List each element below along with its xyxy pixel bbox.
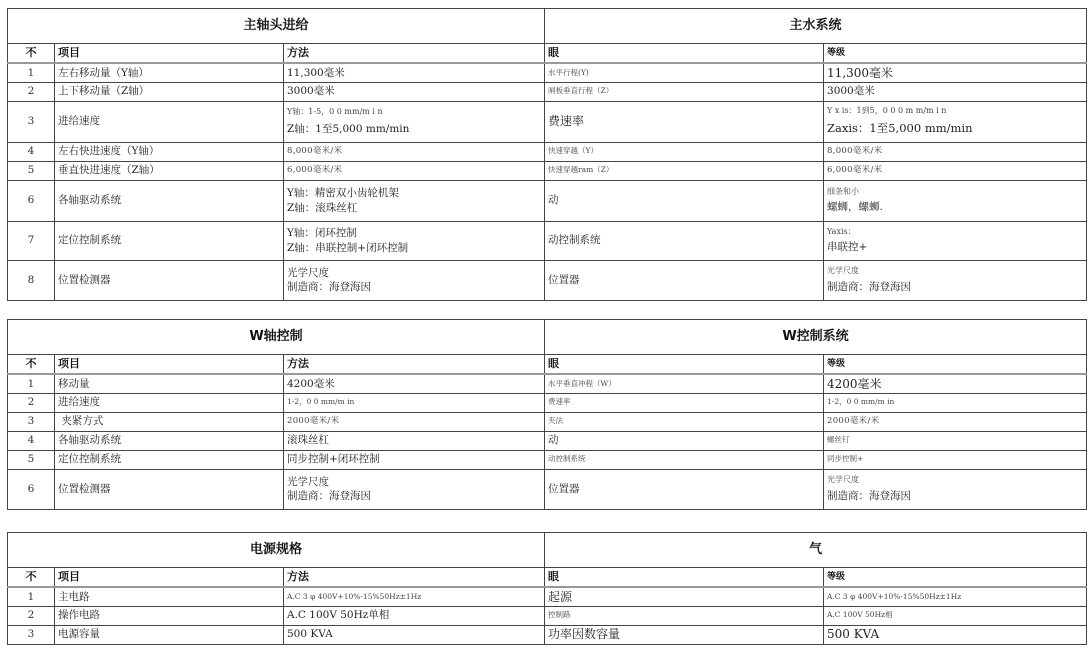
header-method: 方法: [284, 568, 545, 588]
table-row: 2 进给速度 1-2，0 0 mm/m in 费速率 1-2，0 0 mm/m …: [8, 393, 1087, 412]
row-method: 光学尺度 制造商：海登海因: [284, 469, 545, 509]
table-row: 2 操作电路 A.C 100V 50Hz单相 控制路 A.C 100V 50Hz…: [8, 606, 1087, 625]
row-no: 2: [8, 82, 55, 101]
row-no: 5: [8, 450, 55, 469]
grade-line: 光学尺度: [827, 475, 1083, 486]
row-right-grade: 8,000毫米/米: [824, 142, 1087, 161]
row-item: 进给速度: [55, 393, 284, 412]
grade-line: 光学尺度: [827, 266, 1083, 277]
header-method: 方法: [284, 355, 545, 375]
row-method: A.C 3 φ 400V+10%-15%50Hz±1Hz: [284, 587, 545, 606]
header-item: 项目: [55, 355, 284, 375]
right-section-title: W控制系统: [545, 320, 1087, 355]
row-right-grade: 500 KVA: [824, 625, 1087, 644]
row-right-item: 水平行程(Y): [545, 63, 824, 82]
row-right-item: 动: [545, 180, 824, 221]
row-method: 滚珠丝杠: [284, 431, 545, 450]
grade-line: 制造商：海登海因: [827, 489, 1083, 503]
row-item: 上下移动量（Z轴）: [55, 82, 284, 101]
row-right-item: 快速穿越（Y）: [545, 142, 824, 161]
row-item: 主电路: [55, 587, 284, 606]
left-section-title: 电源规格: [8, 533, 545, 568]
row-no: 3: [8, 625, 55, 644]
row-right-grade: 11,300毫米: [824, 63, 1087, 82]
table-row: 8 位置检测器 光学尺度 制造商：海登海因 位置器 光学尺度 制造商：海登海因: [8, 260, 1087, 300]
header-right-item: 眼: [545, 568, 824, 588]
row-method: 2000毫米/米: [284, 412, 545, 431]
header-right-grade: 等级: [824, 355, 1087, 375]
row-method: 1-2，0 0 mm/m in: [284, 393, 545, 412]
row-right-grade: A.C 100V 50Hz相: [824, 606, 1087, 625]
row-method: 同步控制+闭环控制: [284, 450, 545, 469]
row-method: 500 KVA: [284, 625, 545, 644]
row-no: 3: [8, 412, 55, 431]
header-no: 不: [8, 355, 55, 375]
w-axis-control-table: W轴控制 W控制系统 不 项目 方法 眼 等级 1 移动量 4200毫米 水平垂…: [7, 319, 1087, 510]
row-method: 4200毫米: [284, 374, 545, 393]
row-item: 电源容量: [55, 625, 284, 644]
row-no: 2: [8, 606, 55, 625]
method-line: Z轴：串联控制+闭环控制: [287, 241, 541, 255]
row-method: 光学尺度 制造商：海登海因: [284, 260, 545, 300]
header-right-grade: 等级: [824, 44, 1087, 64]
row-right-item: 动控制系统: [545, 450, 824, 469]
grade-line: Y x is：1到5，0 0 0 m m/m i n: [827, 106, 1083, 117]
table-row: 5 垂直快进速度（Z轴） 6,000毫米/米 快速穿越ram（Z） 6,000毫…: [8, 161, 1087, 180]
row-method: Y轴：闭环控制 Z轴：串联控制+闭环控制: [284, 221, 545, 260]
grade-line: 串联控+: [827, 240, 1083, 254]
method-line: 制造商：海登海因: [287, 489, 541, 503]
row-right-item: 费速率: [545, 101, 824, 142]
power-spec-table: 电源规格 气 不 项目 方法 眼 等级 1 主电路 A.C 3 φ 400V+1…: [7, 532, 1087, 645]
row-no: 4: [8, 431, 55, 450]
header-item: 项目: [55, 568, 284, 588]
header-method: 方法: [284, 44, 545, 64]
table-row: 7 定位控制系统 Y轴：闭环控制 Z轴：串联控制+闭环控制 动控制系统 Yaxi…: [8, 221, 1087, 260]
row-item: 夹紧方式: [55, 412, 284, 431]
method-line: Z轴：1至5,000 mm/min: [287, 122, 541, 136]
row-no: 5: [8, 161, 55, 180]
row-right-grade: 4200毫米: [824, 374, 1087, 393]
grade-line: Zaxis：1至5,000 mm/min: [827, 121, 1083, 137]
row-right-grade: 同步控制+: [824, 450, 1087, 469]
row-method: 8,000毫米/米: [284, 142, 545, 161]
row-right-item: 动: [545, 431, 824, 450]
row-right-item: 水平垂直冲程（W）: [545, 374, 824, 393]
row-item: 移动量: [55, 374, 284, 393]
table-row: 4 各轴驱动系统 滚珠丝杠 动 螺丝钉: [8, 431, 1087, 450]
grade-line: 制造商：海登海因: [827, 280, 1083, 294]
row-right-item: 起源: [545, 587, 824, 606]
row-right-item: 快速穿越ram（Z）: [545, 161, 824, 180]
spindle-feed-table: 主轴头进给 主水系统 不 项目 方法 眼 等级 1 左右移动量（Y轴） 11,3…: [7, 8, 1087, 301]
method-line: Z轴：滚珠丝杠: [287, 201, 541, 215]
method-line: Y轴：精密双小齿轮机架: [287, 186, 541, 200]
row-item: 垂直快进速度（Z轴）: [55, 161, 284, 180]
row-item: 各轴驱动系统: [55, 431, 284, 450]
row-right-grade: A.C 3 φ 400V+10%-15%50Hz±1Hz: [824, 587, 1087, 606]
row-no: 6: [8, 180, 55, 221]
row-right-grade: 螺丝钉: [824, 431, 1087, 450]
table-row: 1 主电路 A.C 3 φ 400V+10%-15%50Hz±1Hz 起源 A.…: [8, 587, 1087, 606]
method-line: 制造商：海登海因: [287, 280, 541, 294]
row-right-grade: 1-2，0 0 mm/m in: [824, 393, 1087, 412]
row-right-item: 位置器: [545, 260, 824, 300]
row-right-grade: 2000毫米/米: [824, 412, 1087, 431]
row-right-grade: Y x is：1到5，0 0 0 m m/m i n Zaxis：1至5,000…: [824, 101, 1087, 142]
method-line: 光学尺度: [287, 266, 541, 280]
row-item: 定位控制系统: [55, 221, 284, 260]
header-no: 不: [8, 568, 55, 588]
row-method: A.C 100V 50Hz单相: [284, 606, 545, 625]
row-no: 3: [8, 101, 55, 142]
row-right-item: 闸板垂直行程（Z）: [545, 82, 824, 101]
row-no: 1: [8, 374, 55, 393]
row-no: 1: [8, 63, 55, 82]
method-line: Y轴：闭环控制: [287, 226, 541, 240]
table-row: 1 移动量 4200毫米 水平垂直冲程（W） 4200毫米: [8, 374, 1087, 393]
row-right-grade: 3000毫米: [824, 82, 1087, 101]
row-no: 6: [8, 469, 55, 509]
row-right-item: 动控制系统: [545, 221, 824, 260]
table-row: 3 进给速度 Y轴：1-5，0 0 mm/m i n Z轴：1至5,000 mm…: [8, 101, 1087, 142]
header-right-grade: 等级: [824, 568, 1087, 588]
row-method: 6,000毫米/米: [284, 161, 545, 180]
row-right-item: 控制路: [545, 606, 824, 625]
table-row: 3 夹紧方式 2000毫米/米 夹法 2000毫米/米: [8, 412, 1087, 431]
header-right-item: 眼: [545, 355, 824, 375]
method-line: 光学尺度: [287, 475, 541, 489]
header-no: 不: [8, 44, 55, 64]
row-item: 定位控制系统: [55, 450, 284, 469]
row-no: 8: [8, 260, 55, 300]
table-row: 4 左右快进速度（Y轴） 8,000毫米/米 快速穿越（Y） 8,000毫米/米: [8, 142, 1087, 161]
row-method: 3000毫米: [284, 82, 545, 101]
table-row: 5 定位控制系统 同步控制+闭环控制 动控制系统 同步控制+: [8, 450, 1087, 469]
row-method: Y轴：1-5，0 0 mm/m i n Z轴：1至5,000 mm/min: [284, 101, 545, 142]
table-row: 6 各轴驱动系统 Y轴：精密双小齿轮机架 Z轴：滚珠丝杠 动 细条和小 螺蛳，螺…: [8, 180, 1087, 221]
row-right-item: 费速率: [545, 393, 824, 412]
grade-line: Yaxis：: [827, 227, 1083, 238]
row-right-grade: 光学尺度 制造商：海登海因: [824, 469, 1087, 509]
right-section-title: 气: [545, 533, 1087, 568]
row-method: Y轴：精密双小齿轮机架 Z轴：滚珠丝杠: [284, 180, 545, 221]
row-no: 2: [8, 393, 55, 412]
left-section-title: 主轴头进给: [8, 9, 545, 44]
row-item: 左右快进速度（Y轴）: [55, 142, 284, 161]
row-no: 1: [8, 587, 55, 606]
row-right-item: 功率因数容量: [545, 625, 824, 644]
header-item: 项目: [55, 44, 284, 64]
row-item: 位置检测器: [55, 260, 284, 300]
header-right-item: 眼: [545, 44, 824, 64]
table-row: 6 位置检测器 光学尺度 制造商：海登海因 位置器 光学尺度 制造商：海登海因: [8, 469, 1087, 509]
table-row: 2 上下移动量（Z轴） 3000毫米 闸板垂直行程（Z） 3000毫米: [8, 82, 1087, 101]
grade-line: 螺蛳，螺蛳.: [827, 200, 1083, 214]
left-section-title: W轴控制: [8, 320, 545, 355]
table-row: 3 电源容量 500 KVA 功率因数容量 500 KVA: [8, 625, 1087, 644]
table-row: 1 左右移动量（Y轴） 11,300毫米 水平行程(Y) 11,300毫米: [8, 63, 1087, 82]
row-right-item: 夹法: [545, 412, 824, 431]
row-item: 操作电路: [55, 606, 284, 625]
row-no: 4: [8, 142, 55, 161]
row-item: 左右移动量（Y轴）: [55, 63, 284, 82]
row-no: 7: [8, 221, 55, 260]
method-line: Y轴：1-5，0 0 mm/m i n: [287, 107, 541, 118]
grade-line: 细条和小: [827, 187, 1083, 198]
row-right-grade: 光学尺度 制造商：海登海因: [824, 260, 1087, 300]
row-item: 各轴驱动系统: [55, 180, 284, 221]
row-item: 位置检测器: [55, 469, 284, 509]
right-section-title: 主水系统: [545, 9, 1087, 44]
row-right-grade: Yaxis： 串联控+: [824, 221, 1087, 260]
row-right-grade: 细条和小 螺蛳，螺蛳.: [824, 180, 1087, 221]
row-item: 进给速度: [55, 101, 284, 142]
row-method: 11,300毫米: [284, 63, 545, 82]
row-right-item: 位置器: [545, 469, 824, 509]
row-right-grade: 6,000毫米/米: [824, 161, 1087, 180]
